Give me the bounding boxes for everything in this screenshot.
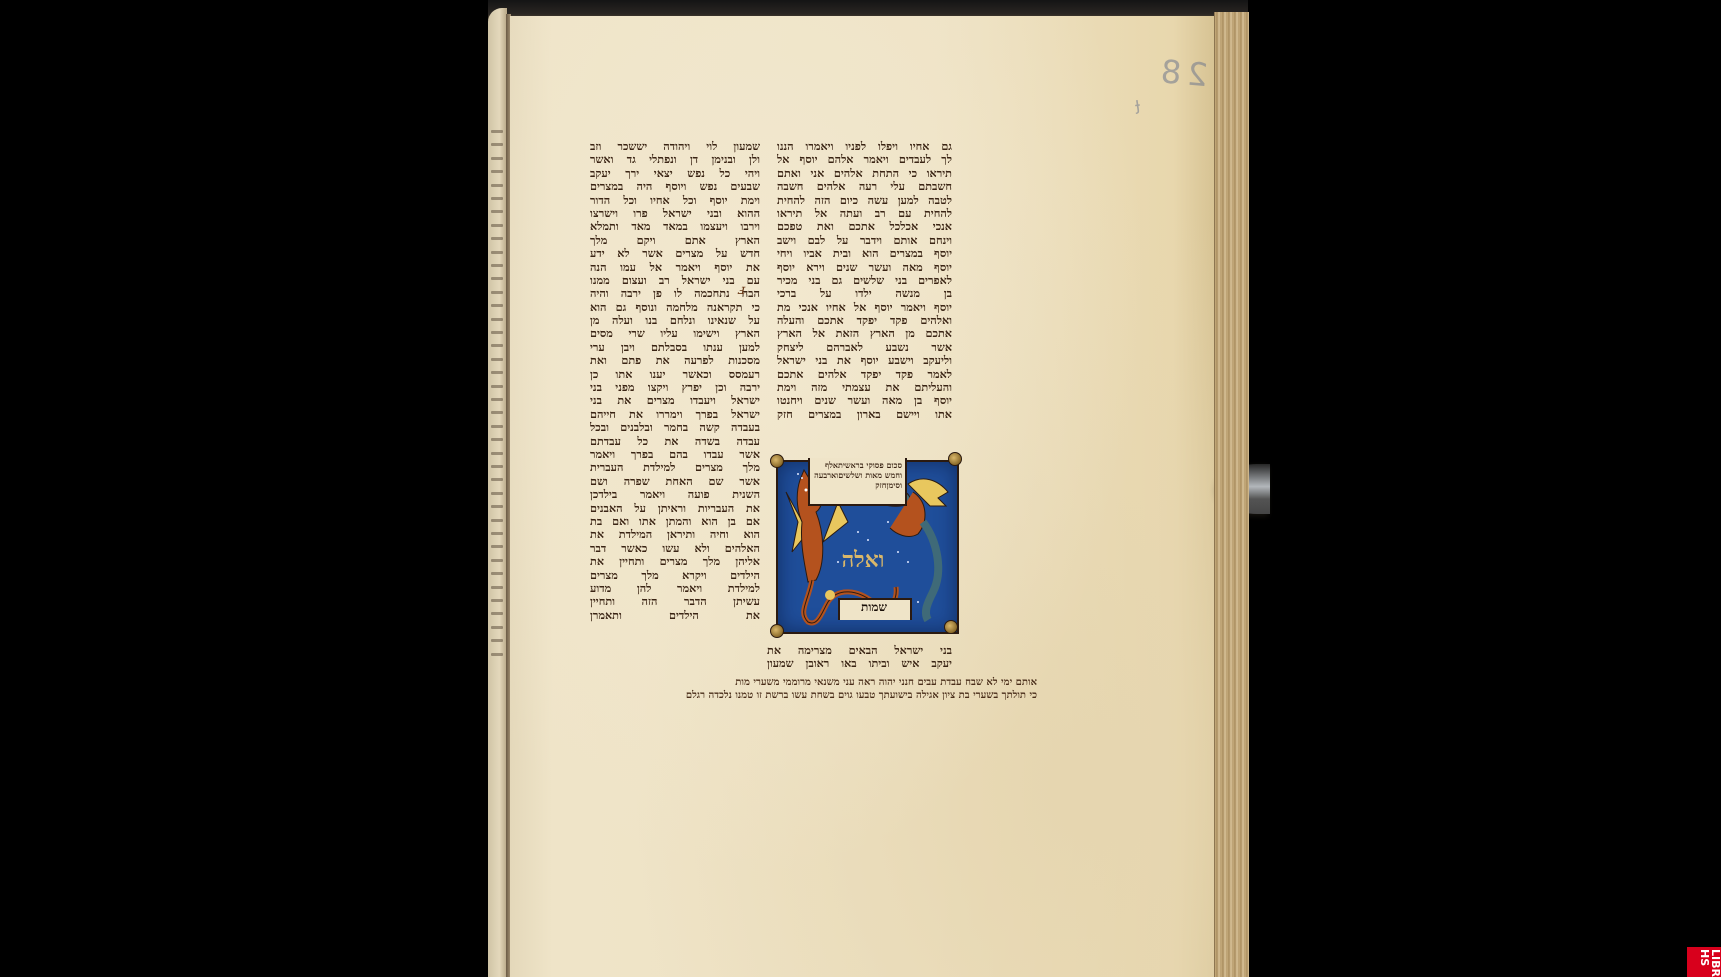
text-line: עשיתן הדבר הזה ותחיין xyxy=(590,595,760,608)
text-line: אשר עבדו בהם בפרך ויאמר xyxy=(590,448,760,461)
svg-text:ואלה: ואלה xyxy=(842,547,885,573)
verso-text-ghost xyxy=(491,586,503,589)
verso-text-ghost xyxy=(491,492,503,495)
verso-text-ghost xyxy=(491,197,503,200)
text-line: אם בן הוא והמתן אתו ואם בת xyxy=(590,515,760,528)
verso-text-ghost xyxy=(491,653,503,656)
text-line: עם בני ישראל רב ועצום ממנו xyxy=(590,274,760,287)
verso-page-edge xyxy=(488,8,507,977)
verso-text-ghost xyxy=(491,210,503,213)
text-line: לטבה למען עשה כיום הזה להחית xyxy=(777,194,952,207)
verso-text-ghost xyxy=(491,344,503,347)
verso-text-ghost xyxy=(491,130,503,133)
text-line: כי תקראנה מלחמה ונוסף גם הוא xyxy=(590,301,760,314)
folio-mark: ɟ xyxy=(1134,94,1142,115)
page-edge-stack xyxy=(1214,12,1249,977)
image-viewer: 28 ɟ שמעון לוי ויהודה יששכר וזבולן ובנימ… xyxy=(0,0,1721,977)
verso-text-ghost xyxy=(491,398,503,401)
text-line: תיראו כי התחת אלהים אני ואתם xyxy=(777,167,952,180)
corner-boss-icon xyxy=(770,624,784,638)
text-line: לאמר פקד יפקד אלהים אתכם xyxy=(777,368,952,381)
text-line: את העבריות וראיתן על האבנים xyxy=(590,502,760,515)
text-line: יעקב איש וביתו באו ראובן שמעון xyxy=(767,657,952,670)
text-line: אליהן מלך מצרים ותחיין את xyxy=(590,555,760,568)
verso-text-ghost xyxy=(491,438,503,441)
text-column-right: גם אחיו ויפלו לפניו ויאמרו הננולך לעבדים… xyxy=(777,140,952,421)
text-line: חדש על מצרים אשר לא ידע xyxy=(590,247,760,260)
verso-text-ghost xyxy=(491,639,503,642)
corner-boss-icon xyxy=(944,620,958,634)
text-line: עבדה בשדה את כל עבדתם xyxy=(590,435,760,448)
text-line: חזק xyxy=(875,480,886,490)
text-line: האלהים ולא עשו כאשר דבר xyxy=(590,542,760,555)
verso-text-ghost xyxy=(491,277,503,280)
verso-text-ghost xyxy=(491,304,503,307)
text-line: השנית פועה ויאמר בילדכן xyxy=(590,488,760,501)
text-line: הבה נתחכמה לו פן ירבה והיה xyxy=(590,287,760,300)
text-line: מלך מצרים למילדת העברית xyxy=(590,461,760,474)
text-line: את יוסף ויאמר אל עמו הנה xyxy=(590,261,760,274)
text-line: אותם ימי לא שבח עבדת עבים חנני יהוה ראה … xyxy=(567,676,1037,689)
text-line: אשר נשבע לאברהם ליצחק xyxy=(777,341,952,354)
verso-text-ghost xyxy=(491,505,503,508)
text-line: רעמסס וכאשר יענו אתו כן xyxy=(590,368,760,381)
marginal-note: ⅎ xyxy=(738,282,745,298)
text-line: ירבה וכן יפרץ ויקצו מפני בני xyxy=(590,381,760,394)
text-line: אתו ויישם בארון במצרים חזק xyxy=(777,408,952,421)
text-line: ישראל ויעבדו מצרים את בני xyxy=(590,394,760,407)
text-line: על שנאינו ונלחם בנו ועלה מן xyxy=(590,314,760,327)
text-line: לך לעבדים ויאמר אלהם יוסף אל xyxy=(777,153,952,166)
text-line: וינחם אותם וידבר על לבם וישב xyxy=(777,234,952,247)
text-line: ולן ובנימן דן ונפתלי גד ואשר xyxy=(590,153,760,166)
verso-text-ghost xyxy=(491,318,503,321)
verso-text-ghost xyxy=(491,559,503,562)
illuminated-initial-panel: ואלה סכו xyxy=(768,452,963,638)
text-line: לאפרים בני שלשים גם בני מכיר xyxy=(777,274,952,287)
text-line: ההוא ובני ישראל פרו וישרצו xyxy=(590,207,760,220)
verso-text-ghost xyxy=(491,599,503,602)
text-line: ישראל בפרך וימררו את חייהם xyxy=(590,408,760,421)
text-line: הוא וחיה ותיראן המילדת את xyxy=(590,528,760,541)
text-line: כי תולתך בשערי בת ציון אגילה בישועתך טבע… xyxy=(567,689,1037,702)
verso-text-ghost xyxy=(491,170,503,173)
text-line: חשבתם עלי רעה אלהים חשבה xyxy=(777,180,952,193)
masorah-footer: אותם ימי לא שבח עבדת עבים חנני יהוה ראה … xyxy=(567,676,1037,702)
text-column-left: שמעון לוי ויהודה יששכר וזבולן ובנימן דן … xyxy=(590,140,760,622)
verso-text-ghost xyxy=(491,519,503,522)
corner-boss-icon xyxy=(770,454,784,468)
panel-top-notch: סכום פסוקי בראשיתאלף וחמש מאות ושלשיםואר… xyxy=(808,458,907,506)
verso-text-ghost xyxy=(491,572,503,575)
verso-text-ghost xyxy=(491,184,503,187)
text-column-right-continuation: בני ישראל הבאים מצרימה אתיעקב איש וביתו … xyxy=(767,644,952,671)
text-line: שבעים נפש ויוסף היה במצרים xyxy=(590,180,760,193)
text-line: וירבו ויעצמו במאד מאד ותמלא xyxy=(590,220,760,233)
library-logo-badge[interactable]: LIBR HS xyxy=(1687,947,1721,977)
text-line: גם אחיו ויפלו לפניו ויאמרו הננו xyxy=(777,140,952,153)
verso-text-ghost xyxy=(491,251,503,254)
text-line: בן מנשה ילדו על ברכי xyxy=(777,287,952,300)
text-line: בני ישראל הבאים מצרימה את xyxy=(767,644,952,657)
text-line: אנכי אכלכל אתכם ואת טפכם xyxy=(777,220,952,233)
text-line: ויהי כל נפש יצאי ירך יעקב xyxy=(590,167,760,180)
verso-text-ghost xyxy=(491,545,503,548)
library-logo-text: LIBR HS xyxy=(1699,949,1721,977)
text-line: שמעון לוי ויהודה יששכר וזב xyxy=(590,140,760,153)
text-line: אתכם מן הארץ הזאת אל הארץ xyxy=(777,327,952,340)
manuscript-book: 28 ɟ שמעון לוי ויהודה יששכר וזבולן ובנימ… xyxy=(488,0,1248,977)
text-line: ואלהים פקד יפקד אתכם והעלה xyxy=(777,314,952,327)
text-line: סכום פסוקי בראשית xyxy=(838,460,902,470)
verso-text-ghost xyxy=(491,478,503,481)
text-line: למען ענתו בסבלתם ויבן ערי xyxy=(590,341,760,354)
text-line: יוסף ויאמר יוסף אל אחיו אנכי מת xyxy=(777,301,952,314)
verso-text-ghost xyxy=(491,358,503,361)
text-line: והעליתם את עצמתי מזה וימת xyxy=(777,381,952,394)
folio-number: 28 xyxy=(1153,52,1209,94)
verso-text-ghost xyxy=(491,411,503,414)
verso-text-ghost xyxy=(491,626,503,629)
corner-boss-icon xyxy=(948,452,962,466)
text-line: את הילדים ותאמרן xyxy=(590,609,760,622)
text-line: וליעקב וישבע יוסף את בני ישראל xyxy=(777,354,952,367)
text-line: יוסף בן מאה ועשר שנים ויחנטו xyxy=(777,394,952,407)
book-summary-text: סכום פסוקי בראשיתאלף וחמש מאות ושלשיםואר… xyxy=(814,460,902,490)
verso-text-ghost xyxy=(491,143,503,146)
book-title-shemot: שמות xyxy=(846,600,902,615)
verso-text-ghost xyxy=(491,452,503,455)
text-line: אשר שם האחת שפרה ושם xyxy=(590,475,760,488)
verso-text-ghost xyxy=(491,425,503,428)
verso-text-ghost xyxy=(491,237,503,240)
text-line: הארץ וישימו עליו שרי מסים xyxy=(590,327,760,340)
verso-text-ghost xyxy=(491,264,503,267)
text-line: הילדים ויקרא מלך מצרים xyxy=(590,569,760,582)
verso-text-ghost xyxy=(491,224,503,227)
verso-text-ghost xyxy=(491,291,503,294)
text-line: יוסף מאה ועשר שנים וירא יוסף xyxy=(777,261,952,274)
text-line: למילדת ויאמר להן מדוע xyxy=(590,582,760,595)
text-line: יוסף במצרים הוא ובית אביו ויחי xyxy=(777,247,952,260)
text-line: להחית עם רב ועתה אל תיראו xyxy=(777,207,952,220)
verso-text-ghost xyxy=(491,157,503,160)
verso-text-ghost xyxy=(491,385,503,388)
text-line: וימת יוסף וכל אחיו וכל הדור xyxy=(590,194,760,207)
text-line: מסכנות לפרעה את פתם ואת xyxy=(590,354,760,367)
verso-text-ghost xyxy=(491,612,503,615)
verso-text-ghost xyxy=(491,371,503,374)
verso-text-ghost xyxy=(491,532,503,535)
recto-page: 28 ɟ שמעון לוי ויהודה יששכר וזבולן ובנימ… xyxy=(510,16,1216,977)
text-line: בעבדה קשה בחמר ובלבנים ובכל xyxy=(590,421,760,434)
verso-text-ghost xyxy=(491,331,503,334)
verso-text-ghost xyxy=(491,465,503,468)
text-line: הארץ אתם ויקם מלך xyxy=(590,234,760,247)
